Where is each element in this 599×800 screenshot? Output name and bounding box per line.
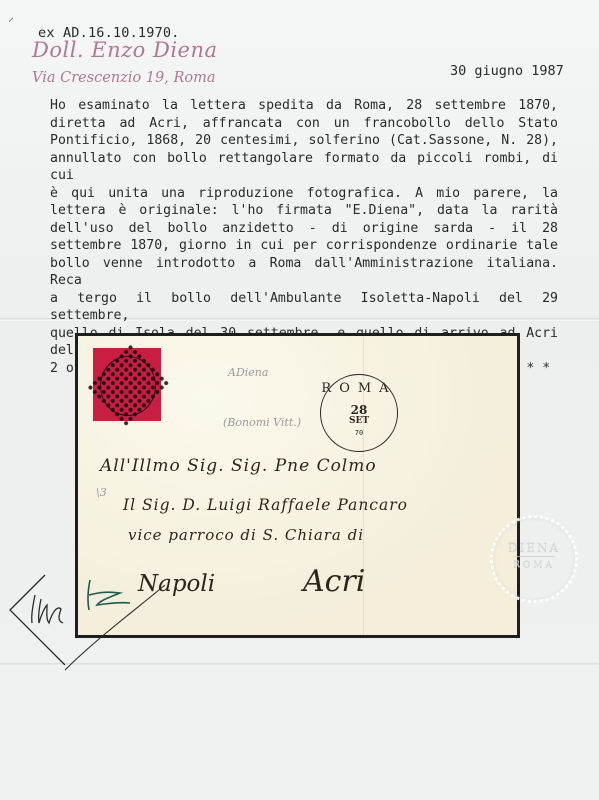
pencil-note: (Bonomi Vitt.) <box>223 416 301 429</box>
address-line: Il Sig. D. Luigi Raffaele Pancaro <box>123 496 408 514</box>
expert-signature <box>5 565 195 675</box>
address-line: All'Illmo Sig. Sig. Pne Colmo <box>100 456 377 476</box>
certificate-date: 30 giugno 1987 <box>450 63 564 79</box>
roma-postmark: ROMA 28 SET 70 <box>320 374 398 452</box>
rhombus-cancel <box>86 343 170 427</box>
letterhead-address: Via Crescenzio 19, Roma <box>32 70 216 86</box>
body-line: Ho esaminato la lettera spedita da Roma,… <box>50 97 558 115</box>
destination: Acri <box>303 564 365 599</box>
pencil-note: ADiena <box>228 366 268 379</box>
letterhead-name: Doll. Enzo Diena <box>32 38 218 62</box>
body-line: annullato con bollo rettangolare formato… <box>50 150 558 185</box>
seal-divider <box>513 556 555 557</box>
pencil-note: \3 <box>96 486 107 499</box>
body-line: dell'uso del bollo anzidetto - di origin… <box>50 220 558 238</box>
postmark-month: SET <box>321 416 397 426</box>
body-line: diretta ad Acri, affrancata con un franc… <box>50 115 558 133</box>
postmark-year: 70 <box>321 429 397 437</box>
seal-text: DIENA <box>493 540 575 554</box>
embossed-seal: DIENA ROMA <box>490 515 578 603</box>
body-line: è qui unita una riproduzione fotografica… <box>50 185 558 203</box>
postmark-city: ROMA <box>321 381 397 396</box>
body-line: bollo venne introdotto a Roma dall'Ammin… <box>50 255 558 290</box>
body-line: Pontificio, 1868, 20 centesimi, solferin… <box>50 132 558 150</box>
postmark-day: 28 <box>321 403 397 417</box>
certificate-page: ⸝ ex AD.16.10.1970. Doll. Enzo Diena Via… <box>0 0 599 800</box>
body-line: a tergo il bollo dell'Ambulante Isoletta… <box>50 290 558 325</box>
address-line: vice parroco di S. Chiara di <box>128 526 364 544</box>
body-line: settembre 1870, giorno in cui per corris… <box>50 237 558 255</box>
postage-stamp <box>93 348 161 421</box>
corner-mark: ⸝ <box>8 8 14 25</box>
seal-text: ROMA <box>493 560 575 570</box>
body-line: lettera è originale: l'ho firmata "E.Die… <box>50 202 558 220</box>
